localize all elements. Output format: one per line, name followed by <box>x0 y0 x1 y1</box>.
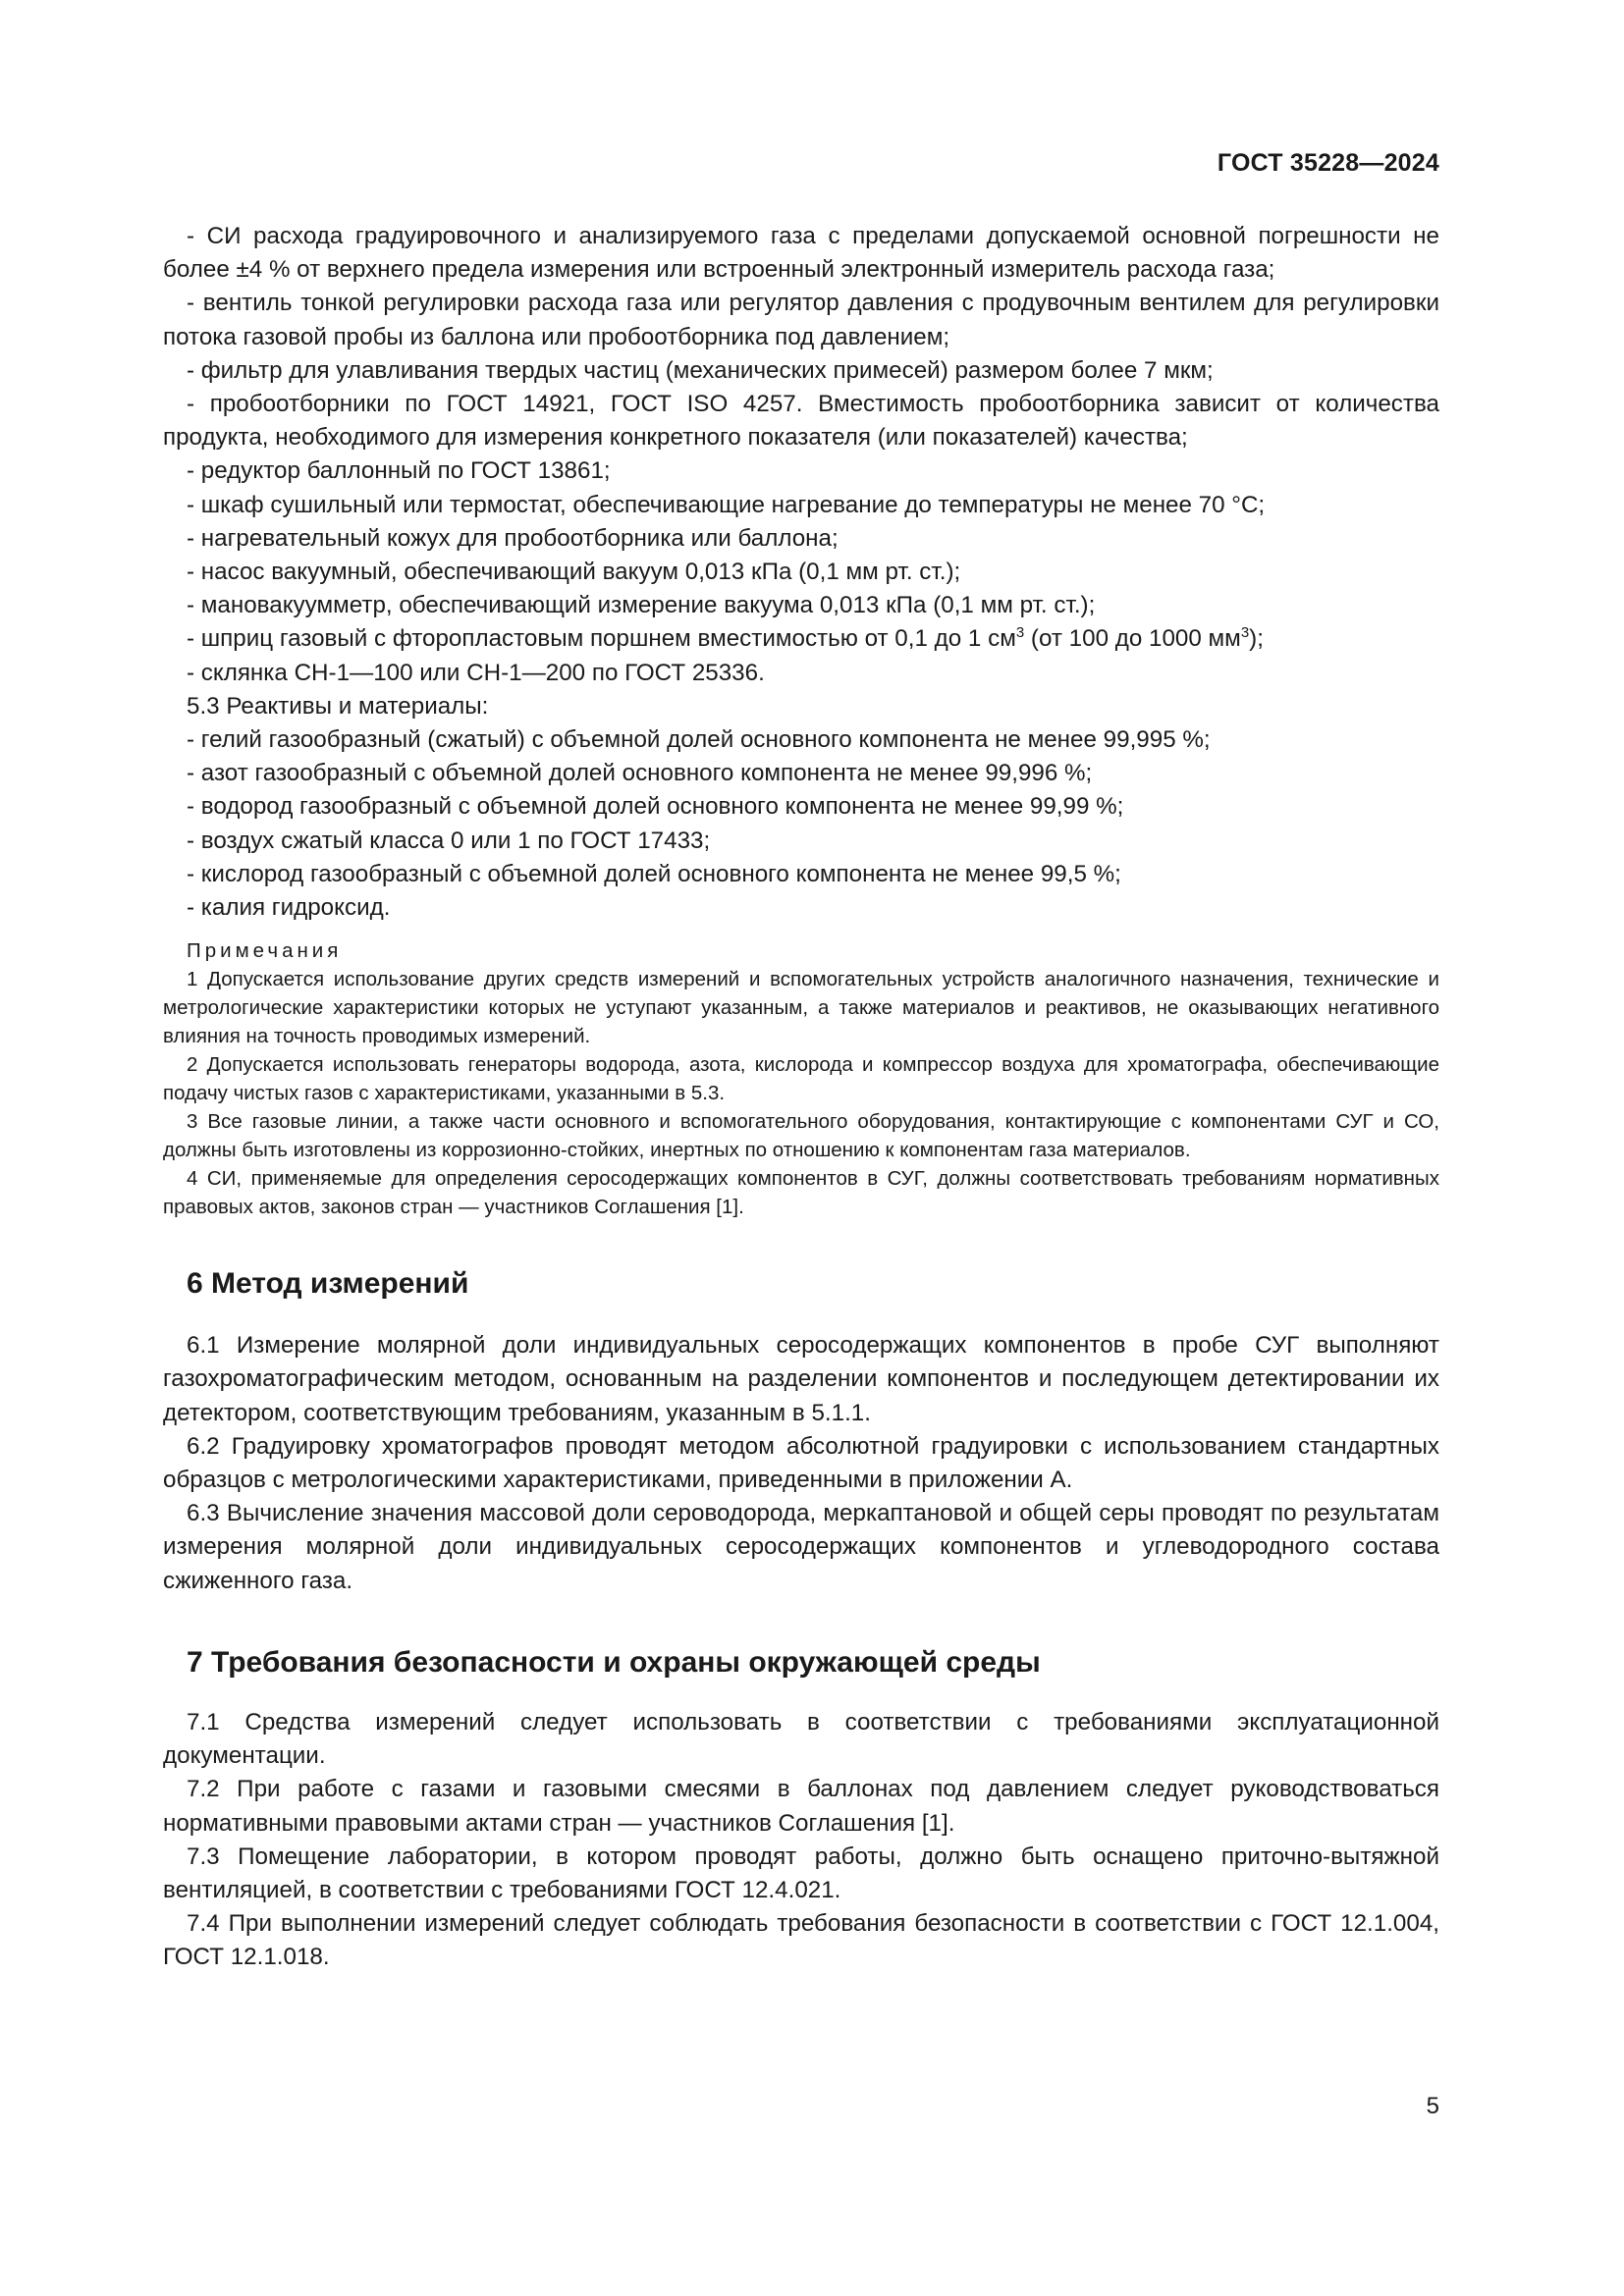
section-6-paragraph: 6.2 Градуировку хроматографов проводят м… <box>163 1430 1439 1497</box>
note-item: 2 Допускается использовать генераторы во… <box>163 1050 1439 1107</box>
equipment-item: - насос вакуумный, обеспечивающий вакуум… <box>163 556 1439 589</box>
section-7-paragraph: 7.1 Средства измерений следует использов… <box>163 1706 1439 1773</box>
reagent-item: - азот газообразный с объемной долей осн… <box>163 757 1439 790</box>
document-id-header: ГОСТ 35228—2024 <box>1218 149 1439 178</box>
section-7-paragraph: 7.4 При выполнении измерений следует соб… <box>163 1907 1439 1974</box>
equipment-item: - редуктор баллонный по ГОСТ 13861; <box>163 454 1439 488</box>
note-item: 3 Все газовые линии, а также части основ… <box>163 1107 1439 1164</box>
reagent-item: - кислород газообразный с объемной долей… <box>163 858 1439 891</box>
document-body: - СИ расхода градуировочного и анализиру… <box>163 220 1439 1975</box>
section-6-paragraph: 6.1 Измерение молярной доли индивидуальн… <box>163 1329 1439 1430</box>
section-7-heading: 7 Требования безопасности и охраны окруж… <box>163 1643 1439 1682</box>
reagent-item: - калия гидроксид. <box>163 891 1439 925</box>
reagent-item: - гелий газообразный (сжатый) с объемной… <box>163 723 1439 757</box>
section-7-paragraph: 7.3 Помещение лаборатории, в котором про… <box>163 1841 1439 1907</box>
equipment-item: - склянка СН-1—100 или СН-1—200 по ГОСТ … <box>163 657 1439 690</box>
reagent-item: - воздух сжатый класса 0 или 1 по ГОСТ 1… <box>163 825 1439 858</box>
equipment-item: - мановакуумметр, обеспечивающий измерен… <box>163 589 1439 622</box>
equipment-item: - пробоотборники по ГОСТ 14921, ГОСТ ISO… <box>163 388 1439 454</box>
equipment-item: - вентиль тонкой регулировки расхода газ… <box>163 287 1439 353</box>
page-number: 5 <box>1427 2093 1439 2120</box>
equipment-item: - фильтр для улавливания твердых частиц … <box>163 354 1439 388</box>
equipment-item: - СИ расхода градуировочного и анализиру… <box>163 220 1439 287</box>
section-6-heading: 6 Метод измерений <box>163 1264 1439 1304</box>
equipment-item: - нагревательный кожух для пробоотборник… <box>163 522 1439 556</box>
equipment-item-syringe: - шприц газовый с фторопластовым поршнем… <box>163 622 1439 656</box>
note-item: 1 Допускается использование других средс… <box>163 965 1439 1050</box>
section-7-paragraph: 7.2 При работе с газами и газовыми смеся… <box>163 1773 1439 1840</box>
section-5-3-title: 5.3 Реактивы и материалы: <box>163 690 1439 723</box>
note-item: 4 СИ, применяемые для определения серосо… <box>163 1164 1439 1221</box>
notes-title: Примечания <box>163 936 1439 965</box>
reagent-item: - водород газообразный с объемной долей … <box>163 790 1439 824</box>
equipment-item: - шкаф сушильный или термостат, обеспечи… <box>163 489 1439 522</box>
section-6-paragraph: 6.3 Вычисление значения массовой доли се… <box>163 1497 1439 1598</box>
